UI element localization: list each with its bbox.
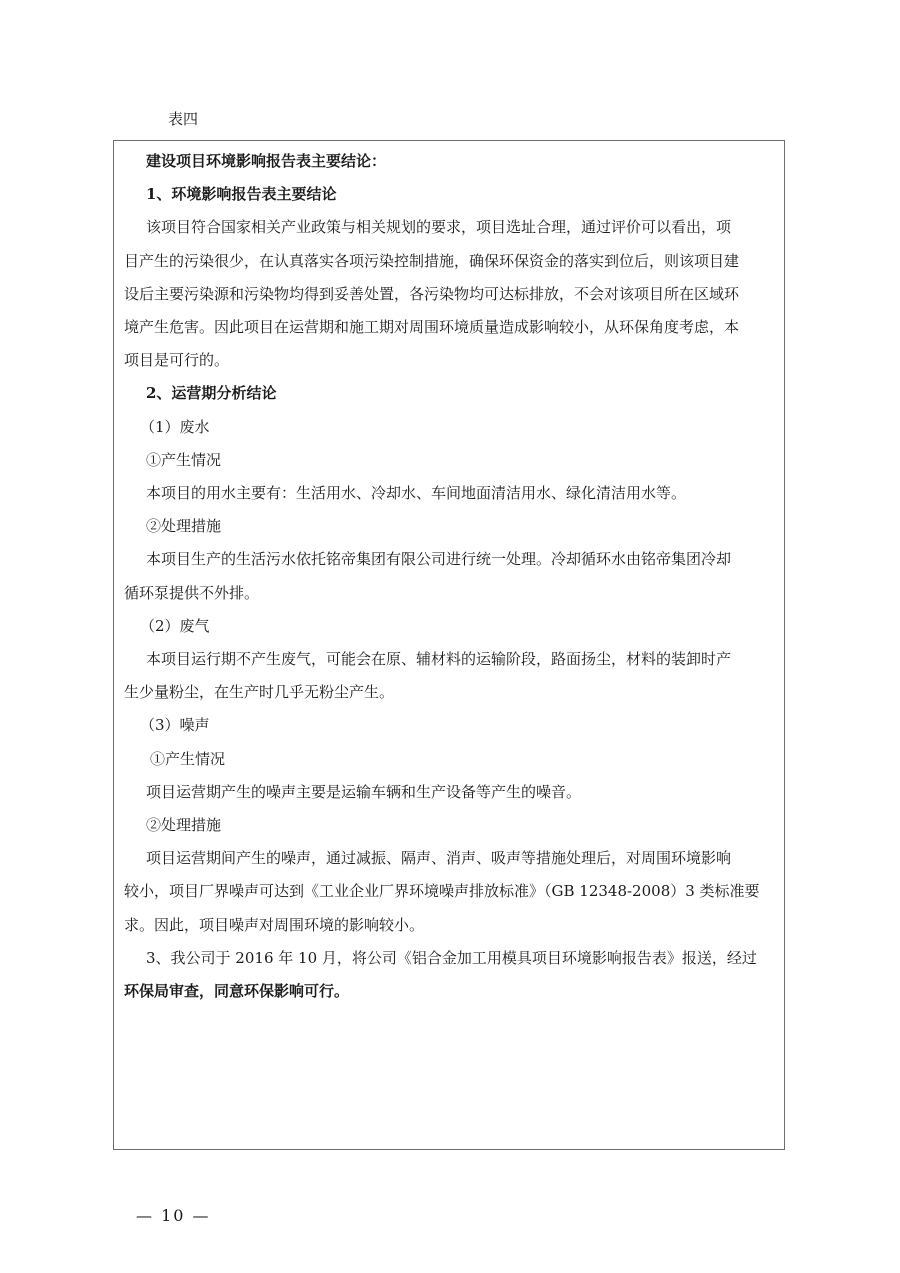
text-line: 项目运营期产生的噪声主要是运输车辆和生产设备等产生的噪音。 [114, 776, 784, 809]
text-line: ②处理措施 [114, 809, 784, 842]
text-line: 2、运营期分析结论 [114, 377, 784, 410]
text-line: （2）废气 [114, 610, 784, 643]
text-line: ②处理措施 [114, 510, 784, 543]
text-line: 目产生的污染很少，在认真落实各项污染控制措施，确保环保资金的落实到位后，则该项目… [114, 245, 784, 278]
text-line: 境产生危害。因此项目在运营期和施工期对周围环境质量造成影响较小，从环保角度考虑，… [114, 311, 784, 344]
conclusion-box: 建设项目环境影响报告表主要结论：1、环境影响报告表主要结论该项目符合国家相关产业… [113, 140, 785, 1150]
text-line: 本项目生产的生活污水依托铭帝集团有限公司进行统一处理。冷却循环水由铭帝集团冷却 [114, 543, 784, 576]
table-label: 表四 [168, 108, 198, 129]
text-line: 项目是可行的。 [114, 344, 784, 377]
text-line: 本项目的用水主要有：生活用水、冷却水、车间地面清洁用水、绿化清洁用水等。 [114, 477, 784, 510]
text-line: 项目运营期间产生的噪声，通过减振、隔声、消声、吸声等措施处理后，对周围环境影响 [114, 842, 784, 875]
text-line: 较小，项目厂界噪声可达到《工业企业厂界环境噪声排放标准》（GB 12348-20… [114, 875, 784, 908]
text-line: （3）噪声 [114, 709, 784, 742]
text-line: 该项目符合国家相关产业政策与相关规划的要求，项目选址合理，通过评价可以看出，项 [114, 211, 784, 244]
text-line: 求。因此，项目噪声对周围环境的影响较小。 [114, 909, 784, 942]
text-line: 建设项目环境影响报告表主要结论： [114, 145, 784, 178]
text-line: 循环泵提供不外排。 [114, 577, 784, 610]
text-line: （1）废水 [114, 411, 784, 444]
text-line: ①产生情况 [114, 743, 784, 776]
text-line: 1、环境影响报告表主要结论 [114, 178, 784, 211]
page-number: — 10 — [136, 1206, 211, 1225]
text-line: 设后主要污染源和污染物均得到妥善处置，各污染物均可达标排放，不会对该项目所在区域… [114, 278, 784, 311]
text-line: 生少量粉尘，在生产时几乎无粉尘产生。 [114, 676, 784, 709]
conclusion-content: 建设项目环境影响报告表主要结论：1、环境影响报告表主要结论该项目符合国家相关产业… [114, 145, 784, 1008]
text-line: 本项目运行期不产生废气，可能会在原、辅材料的运输阶段，路面扬尘，材料的装卸时产 [114, 643, 784, 676]
text-line: 3、我公司于 2016 年 10 月，将公司《铝合金加工用模具项目环境影响报告表… [114, 942, 784, 975]
text-line: ①产生情况 [114, 444, 784, 477]
text-line: 环保局审查，同意环保影响可行。 [114, 975, 784, 1008]
